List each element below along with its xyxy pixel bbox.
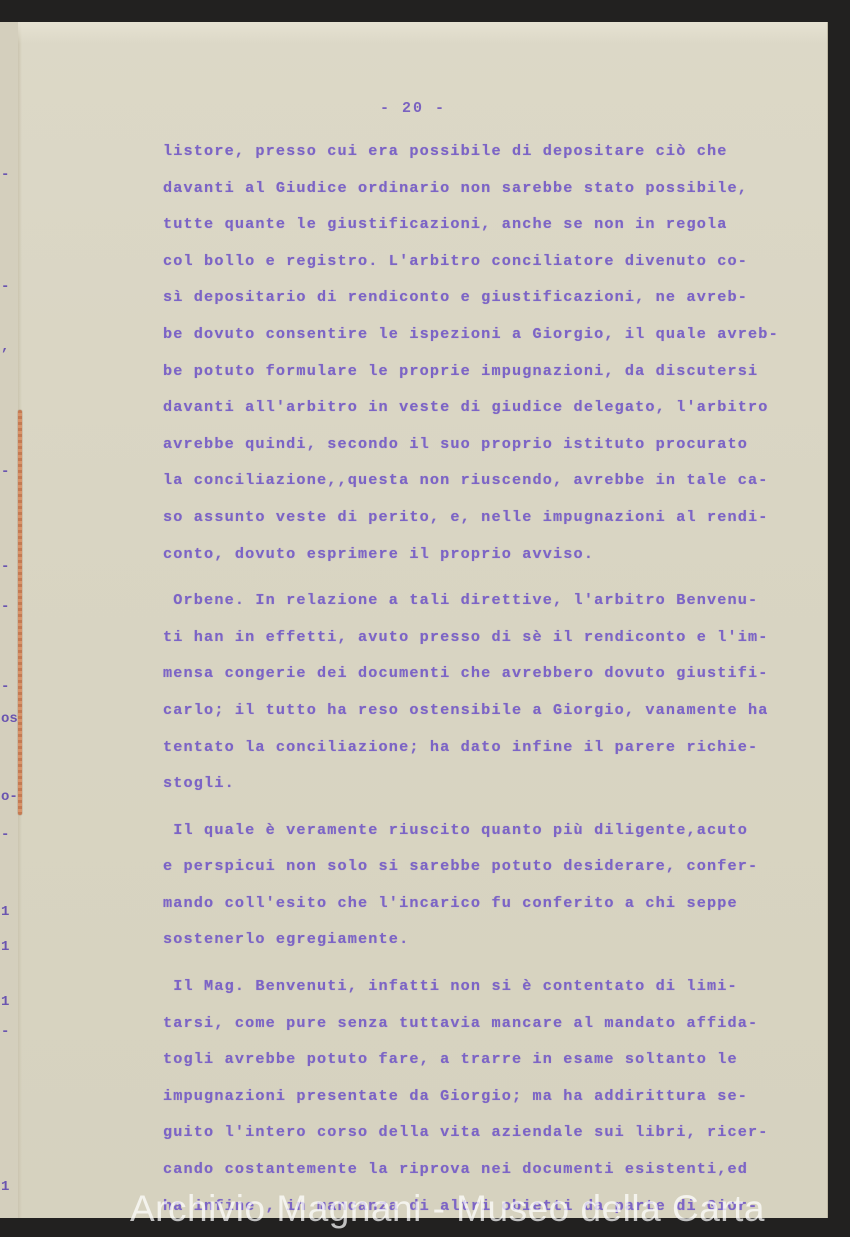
text-line: Il quale è veramente riuscito quanto più… <box>163 819 823 856</box>
text-line: carlo; il tutto ha reso ostensibile a Gi… <box>163 699 823 736</box>
text-line: davanti al Giudice ordinario non sarebbe… <box>163 177 823 214</box>
margin-mark: 1 <box>1 940 9 954</box>
paragraph: Il quale è veramente riuscito quanto più… <box>163 819 823 965</box>
margin-mark: 1 <box>1 1180 9 1194</box>
margin-mark: - <box>1 1025 9 1039</box>
text-line: la conciliazione,,questa non riuscendo, … <box>163 469 823 506</box>
text-line: col bollo e registro. L'arbitro concilia… <box>163 250 823 287</box>
margin-mark: - <box>1 465 9 479</box>
page-top-fold <box>18 22 827 44</box>
margin-mark: - <box>1 280 9 294</box>
text-line: listore, presso cui era possibile di dep… <box>163 140 823 177</box>
margin-mark: - <box>1 680 9 694</box>
text-line: be dovuto consentire le ispezioni a Gior… <box>163 323 823 360</box>
margin-mark: - <box>1 828 9 842</box>
margin-mark: 1 <box>1 995 9 1009</box>
text-line: sì depositario di rendiconto e giustific… <box>163 286 823 323</box>
paragraph: listore, presso cui era possibile di dep… <box>163 140 823 579</box>
archive-watermark: Archivio Magnani - Museo della Carta <box>130 1188 765 1230</box>
margin-mark: , <box>1 340 9 354</box>
text-line: tutte quante le giustificazioni, anche s… <box>163 213 823 250</box>
text-line: impugnazioni presentate da Giorgio; ma h… <box>163 1085 823 1122</box>
text-line: Il Mag. Benvenuti, infatti non si è cont… <box>163 975 823 1012</box>
text-line: Orbene. In relazione a tali direttive, l… <box>163 589 823 626</box>
binding-string <box>18 410 22 815</box>
margin-mark: - <box>1 600 9 614</box>
margin-mark: - <box>1 560 9 574</box>
text-line: be potuto formulare le proprie impugnazi… <box>163 360 823 397</box>
text-line: mando coll'esito che l'incarico fu confe… <box>163 892 823 929</box>
text-line: togli avrebbe potuto fare, a trarre in e… <box>163 1048 823 1085</box>
paragraph: Orbene. In relazione a tali direttive, l… <box>163 589 823 809</box>
text-line: e perspicui non solo si sarebbe potuto d… <box>163 855 823 892</box>
text-line: stogli. <box>163 772 823 809</box>
margin-mark: os <box>1 712 18 726</box>
text-line: guito l'intero corso della vita aziendal… <box>163 1121 823 1158</box>
typewritten-text: listore, presso cui era possibile di dep… <box>163 140 823 1231</box>
text-line: avrebbe quindi, secondo il suo proprio i… <box>163 433 823 470</box>
page-number: - 20 - <box>380 100 446 117</box>
text-line: so assunto veste di perito, e, nelle imp… <box>163 506 823 543</box>
text-line: tarsi, come pure senza tuttavia mancare … <box>163 1012 823 1049</box>
text-line: ti han in effetti, avuto presso di sè il… <box>163 626 823 663</box>
text-line: conto, dovuto esprimere il proprio avvis… <box>163 543 823 580</box>
text-line: davanti all'arbitro in veste di giudice … <box>163 396 823 433</box>
text-line: sostenerlo egregiamente. <box>163 928 823 965</box>
margin-mark: o- <box>1 790 18 804</box>
text-line: mensa congerie dei documenti che avrebbe… <box>163 662 823 699</box>
margin-mark: 1 <box>1 905 9 919</box>
text-line: tentato la conciliazione; ha dato infine… <box>163 736 823 773</box>
margin-mark: - <box>1 168 9 182</box>
previous-page-edge: --,----oso--111-1 <box>0 22 19 1218</box>
